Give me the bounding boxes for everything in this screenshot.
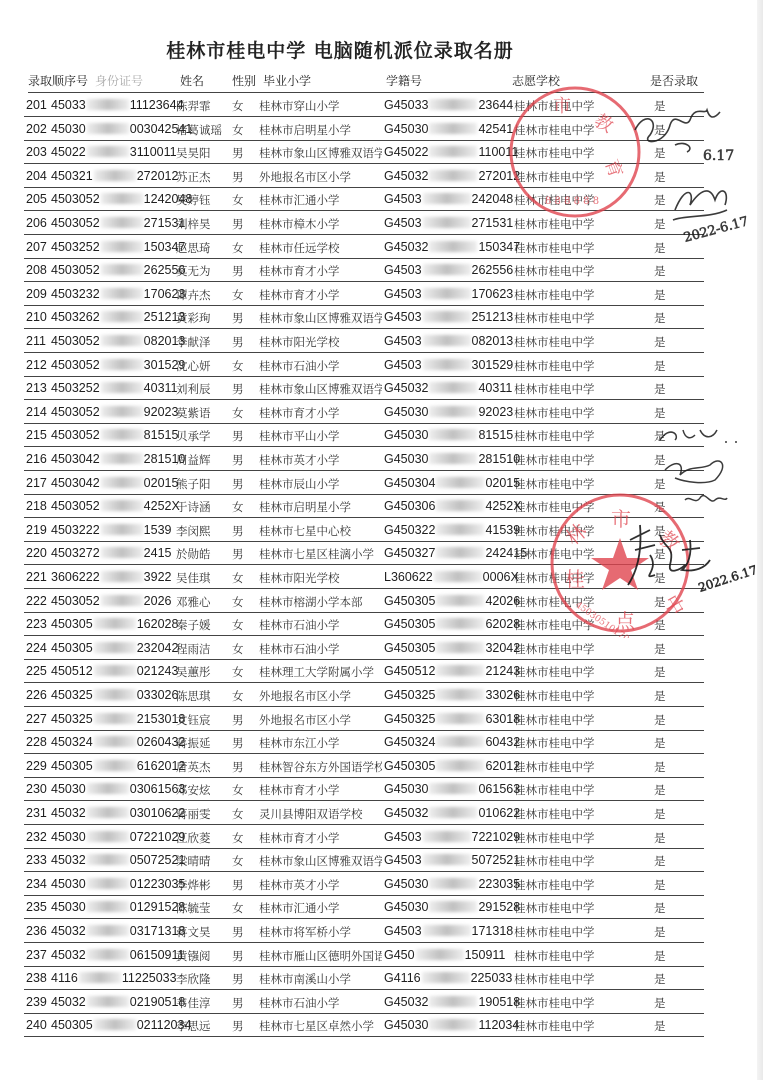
table-row: 22136062223922吴佳琪女桂林市阳光学校L3606220006X桂林市… (24, 565, 704, 589)
primary-school: 桂林市七星中心校 (259, 523, 382, 539)
admitted-status: 是 (654, 853, 666, 869)
redaction (422, 972, 470, 983)
primary-school: 桂林市启明星小学 (259, 499, 382, 515)
preferred-school: 桂林市桂电中学 (514, 877, 595, 893)
primary-school: 桂林市汇通小学 (259, 192, 382, 208)
redaction (101, 217, 143, 228)
student-reg-number: G4503064252X (384, 499, 522, 513)
admitted-status: 是 (654, 712, 666, 728)
preferred-school: 桂林市桂电中学 (514, 641, 595, 657)
gender: 男 (232, 263, 244, 279)
redaction (429, 901, 477, 912)
redaction (79, 972, 121, 983)
student-name: 周益辉 (176, 452, 211, 468)
preferred-school: 桂林市桂电中学 (514, 546, 595, 562)
student-reg-number: G450150911 (384, 948, 505, 962)
redaction (101, 241, 143, 252)
primary-school: 桂林市英才小学 (259, 452, 382, 468)
redaction (87, 949, 129, 960)
primary-school: 桂林市象山区博雅双语学 (259, 310, 382, 326)
table-row: 2014503311123644陈羿霏女桂林市穿山小学G4503323644桂林… (24, 93, 704, 117)
preferred-school: 桂林市桂电中学 (514, 759, 595, 775)
primary-school: 桂林市阳光学校 (259, 334, 382, 350)
table-row: 225450512021243吴蕙彤女桂林理工大学附属小学G4505122124… (24, 659, 704, 683)
preferred-school: 桂林市桂电中学 (514, 830, 595, 846)
student-reg-number: G4503271531 (384, 216, 513, 230)
admitted-status: 是 (654, 358, 666, 374)
gender: 男 (232, 216, 244, 232)
table-row: 2104503262251213黄彩珣男桂林市象山区博雅双语学G45032512… (24, 305, 704, 329)
gender: 男 (232, 971, 244, 987)
preferred-school: 桂林市桂电中学 (514, 735, 595, 751)
student-name: 李献泽 (176, 334, 211, 350)
admitted-status: 是 (654, 145, 666, 161)
id-number: 4503252150347 (51, 240, 185, 254)
table-row: 214450305292023莫紫语女桂林市育才小学G4503092023桂林市… (24, 400, 704, 424)
redaction (423, 288, 471, 299)
student-name: 莫无为 (176, 263, 211, 279)
order-number: 224 (26, 641, 47, 655)
primary-school: 桂林市育才小学 (259, 782, 382, 798)
redaction (87, 831, 129, 842)
id-number: 4503042281510 (51, 452, 185, 466)
preferred-school: 桂林市桂电中学 (514, 169, 595, 185)
student-name: 李闵熙 (176, 523, 211, 539)
order-number: 226 (26, 688, 47, 702)
student-name: 黄彩珣 (176, 310, 211, 326)
id-number: 4503052082013 (51, 334, 185, 348)
order-number: 217 (26, 476, 47, 490)
table-row: 2284503240260432蒋振延男桂林市东江小学G45032460432桂… (24, 730, 704, 754)
table-row: 217450304202015熊子阳男桂林市辰山小学G45030402015桂林… (24, 471, 704, 495)
redaction (436, 665, 484, 676)
id-number: 4503052262556 (51, 263, 185, 277)
redaction (429, 453, 477, 464)
table-row: 2354503001291528陈毓莹女桂林市汇通小学G45030291528桂… (24, 895, 704, 919)
student-name: 於勋皓 (176, 546, 211, 562)
redaction (423, 311, 471, 322)
student-reg-number: L3606220006X (384, 570, 519, 584)
table-row: 2074503252150347赵思琦女桂林市任远学校G45032150347桂… (24, 235, 704, 259)
primary-school: 桂林市石油小学 (259, 617, 382, 633)
gender: 女 (232, 830, 244, 846)
student-name: 吴婷钰 (176, 192, 211, 208)
gender: 男 (232, 428, 244, 444)
order-number: 205 (26, 192, 47, 206)
student-name: 苏正杰 (176, 169, 211, 185)
gender: 男 (232, 452, 244, 468)
table-row: 2114503052082013李献泽男桂林市阳光学校G4503082013桂林… (24, 329, 704, 353)
redaction (429, 807, 477, 818)
preferred-school: 桂林市桂电中学 (514, 192, 595, 208)
redaction (436, 642, 484, 653)
student-name: 陈思琪 (176, 688, 211, 704)
admitted-status: 是 (654, 1018, 666, 1034)
redaction (101, 547, 143, 558)
primary-school: 外地报名市区小学 (259, 688, 382, 704)
student-name: 于诗涵 (176, 499, 211, 515)
table-row: 2364503203171318蒋文昊男桂林市将军桥小学G4503171318桂… (24, 919, 704, 943)
redaction (94, 170, 136, 181)
primary-school: 桂林市启明星小学 (259, 122, 382, 138)
student-reg-number: G4503242048 (384, 192, 513, 206)
student-name: 刘利辰 (176, 381, 211, 397)
preferred-school: 桂林市桂电中学 (514, 712, 595, 728)
student-name: 熊子阳 (176, 476, 211, 492)
order-number: 231 (26, 806, 47, 820)
student-reg-number: G45037221029 (384, 830, 520, 844)
student-name: 莫紫语 (176, 405, 211, 421)
admitted-status: 是 (654, 617, 666, 633)
gender: 男 (232, 1018, 244, 1034)
preferred-school: 桂林市桂电中学 (514, 122, 595, 138)
order-number: 239 (26, 995, 47, 1009)
order-number: 237 (26, 948, 47, 962)
redaction (101, 595, 143, 606)
student-name: 刘梓昊 (176, 216, 211, 232)
student-reg-number: G4503170623 (384, 287, 513, 301)
primary-school: 桂林理工大学附属小学 (259, 664, 382, 680)
gender: 女 (232, 853, 244, 869)
gender: 女 (232, 900, 244, 916)
admitted-status: 是 (654, 948, 666, 964)
table-row: 2294503056162012唐英杰男桂林智谷东方外国语学校G45030562… (24, 754, 704, 778)
id-number: 450304202015 (51, 476, 178, 490)
redaction (436, 618, 484, 629)
id-number: 45032722415 (51, 546, 171, 560)
redaction (101, 429, 143, 440)
order-number: 203 (26, 145, 47, 159)
id-number: 4503240260432 (51, 735, 185, 749)
student-reg-number: G45030532042 (384, 641, 520, 655)
gender: 男 (232, 381, 244, 397)
redaction (436, 547, 484, 558)
redaction (429, 382, 477, 393)
redaction (434, 571, 482, 582)
gender: 女 (232, 806, 244, 822)
order-number: 225 (26, 664, 47, 678)
order-number: 228 (26, 735, 47, 749)
redaction (436, 689, 484, 700)
student-reg-number: G45030112034 (384, 1018, 519, 1032)
redaction (101, 500, 143, 511)
table-row: 2394503202190518韦佳淳男桂林市石油小学G45032190518桂… (24, 990, 704, 1014)
primary-school: 桂林市东江小学 (259, 735, 382, 751)
admitted-status: 是 (654, 499, 666, 515)
redaction (436, 760, 484, 771)
gender: 女 (232, 570, 244, 586)
redaction (94, 713, 136, 724)
preferred-school: 桂林市桂电中学 (514, 664, 595, 680)
student-name: 唐英杰 (176, 759, 211, 775)
gender: 女 (232, 499, 244, 515)
student-reg-number: G45032010622 (384, 806, 520, 820)
redaction (423, 264, 471, 275)
admitted-status: 是 (654, 263, 666, 279)
order-number: 220 (26, 546, 47, 560)
redaction (423, 831, 471, 842)
redaction (87, 996, 129, 1007)
redaction (87, 854, 129, 865)
student-reg-number: G4503171318 (384, 924, 513, 938)
table-row: 21945032221539李闵熙男桂林市七星中心校G45032241539桂林… (24, 518, 704, 542)
primary-school: 桂林市英才小学 (259, 877, 382, 893)
student-name: 贝承学 (176, 428, 211, 444)
preferred-school: 桂林市桂电中学 (514, 452, 595, 468)
redaction (101, 335, 143, 346)
id-number: 4503262251213 (51, 310, 185, 324)
order-number: 223 (26, 617, 47, 631)
gender: 女 (232, 664, 244, 680)
preferred-school: 桂林市桂电中学 (514, 240, 595, 256)
table-row: 22245030522026邓雅心女桂林市榕湖小学本部G45030542026桂… (24, 589, 704, 613)
redaction (429, 241, 477, 252)
redaction (429, 170, 477, 181)
admitted-status: 是 (654, 287, 666, 303)
preferred-school: 桂林市桂电中学 (514, 287, 595, 303)
table-row: 24045030502112034李思远男桂林市七星区卓然小学G45030112… (24, 1013, 704, 1037)
student-name: 江欣菱 (176, 830, 211, 846)
redaction (423, 854, 471, 865)
student-reg-number: G45030223035 (384, 877, 520, 891)
student-name: 赵思琦 (176, 240, 211, 256)
student-reg-number: G45032150347 (384, 240, 520, 254)
redaction (101, 288, 143, 299)
redaction (101, 524, 143, 535)
admitted-status: 是 (654, 806, 666, 822)
student-reg-number: G4503082013 (384, 334, 513, 348)
gender: 男 (232, 523, 244, 539)
admitted-status: 是 (654, 759, 666, 775)
table-row: 203450223110011吴昊阳男桂林市象山区博雅双语学G450221100… (24, 140, 704, 164)
order-number: 206 (26, 216, 47, 230)
id-number: 450305162028 (51, 617, 178, 631)
student-name: 谭卉杰 (176, 287, 211, 303)
redaction (423, 925, 471, 936)
primary-school: 桂林市七星区卓然小学 (259, 1018, 382, 1034)
id-number: 45030524252X (51, 499, 180, 513)
student-name: 诸葛诚瑶 (176, 122, 222, 138)
gender: 男 (232, 145, 244, 161)
redaction (436, 477, 484, 488)
id-number: 4503232170623 (51, 287, 185, 301)
admitted-status: 是 (654, 924, 666, 940)
preferred-school: 桂林市桂电中学 (514, 570, 595, 586)
id-number: 45030522026 (51, 594, 171, 608)
id-number: 4503206150911 (51, 948, 184, 962)
table-row: 213450325240311刘利辰男桂林市象山区博雅双语学G450324031… (24, 376, 704, 400)
student-reg-number: G4503251213 (384, 310, 513, 324)
admitted-status: 是 (654, 405, 666, 421)
preferred-school: 桂林市桂电中学 (514, 216, 595, 232)
id-number: 411611225033 (51, 971, 177, 985)
redaction (101, 311, 143, 322)
order-number: 230 (26, 782, 47, 796)
col-preferred-school: 志愿学校 (512, 72, 560, 89)
redaction (87, 146, 129, 157)
admitted-status: 是 (654, 995, 666, 1011)
student-name: 陈毓莹 (176, 900, 211, 916)
id-number: 4503052271531 (51, 216, 185, 230)
student-name: 李思远 (176, 1018, 211, 1034)
student-name: 蒋丽雯 (176, 806, 211, 822)
col-admitted: 是否录取 (650, 72, 698, 89)
admitted-status: 是 (654, 428, 666, 444)
preferred-school: 桂林市桂电中学 (514, 381, 595, 397)
admitted-status: 是 (654, 570, 666, 586)
order-number: 234 (26, 877, 47, 891)
table-row: 2304503003061563邓安炫女桂林市育才小学G45030061563桂… (24, 777, 704, 801)
student-reg-number: G45022110011 (384, 145, 518, 159)
order-number: 207 (26, 240, 47, 254)
primary-school: 桂林市辰山小学 (259, 476, 382, 492)
id-number: 450325033026 (51, 688, 178, 702)
primary-school: 灵川县博阳双语学校 (259, 806, 382, 822)
redaction (101, 359, 143, 370)
table-row: 2334503205072521梁晴晴女桂林市象山区博雅双语学G45035072… (24, 848, 704, 872)
preferred-school: 桂林市桂电中学 (514, 594, 595, 610)
col-id-number: 身份证号 (95, 72, 143, 89)
redaction (436, 524, 484, 535)
preferred-school: 桂林市桂电中学 (514, 924, 595, 940)
gender: 男 (232, 546, 244, 562)
redaction (429, 123, 477, 134)
preferred-school: 桂林市桂电中学 (514, 98, 595, 114)
admitted-status: 是 (654, 476, 666, 492)
student-name: 邓雅心 (176, 594, 211, 610)
student-name: 吴昊阳 (176, 145, 211, 161)
preferred-school: 桂林市桂电中学 (514, 358, 595, 374)
svg-text:6.17: 6.17 (703, 148, 734, 164)
primary-school: 桂林市育才小学 (259, 263, 382, 279)
student-name: 陈羿霏 (176, 98, 211, 114)
student-reg-number: G45032272012 (384, 169, 520, 183)
id-number: 45030502112034 (51, 1018, 191, 1032)
redaction (436, 500, 484, 511)
order-number: 238 (26, 971, 47, 985)
student-name: 李烨彬 (176, 877, 211, 893)
preferred-school: 桂林市桂电中学 (514, 806, 595, 822)
primary-school: 桂林市雁山区德明外国语 (259, 948, 382, 964)
redaction (429, 996, 477, 1007)
id-number: 4503205072521 (51, 853, 185, 867)
id-number: 450325240311 (51, 381, 178, 395)
preferred-school: 桂林市桂电中学 (514, 310, 595, 326)
redaction (436, 736, 484, 747)
gender: 男 (232, 169, 244, 185)
redaction (429, 99, 477, 110)
gender: 男 (232, 924, 244, 940)
redaction (429, 429, 477, 440)
admitted-status: 是 (654, 192, 666, 208)
primary-school: 桂林市任远学校 (259, 240, 382, 256)
admitted-status: 是 (654, 381, 666, 397)
student-name: 蒋文昊 (176, 924, 211, 940)
order-number: 215 (26, 428, 47, 442)
admitted-status: 是 (654, 688, 666, 704)
primary-school: 桂林市榕湖小学本部 (259, 594, 382, 610)
preferred-school: 桂林市桂电中学 (514, 263, 595, 279)
primary-school: 桂林市育才小学 (259, 287, 382, 303)
order-number: 214 (26, 405, 47, 419)
document-title: 桂林市桂电中学 电脑随机派位录取名册 (0, 36, 680, 63)
order-number: 221 (26, 570, 47, 584)
table-row: 2084503052262556莫无为男桂林市育才小学G4503262556桂林… (24, 258, 704, 282)
preferred-school: 桂林市桂电中学 (514, 428, 595, 444)
col-name: 姓名 (180, 72, 204, 89)
admitted-status: 是 (654, 310, 666, 326)
admitted-status: 是 (654, 594, 666, 610)
redaction (429, 1019, 477, 1030)
student-name: 梁晴晴 (176, 853, 211, 869)
table-row: 21845030524252X于诗涵女桂林市启明星小学G4503064252X桂… (24, 494, 704, 518)
order-number: 204 (26, 169, 47, 183)
order-number: 210 (26, 310, 47, 324)
id-number: 4503203010622 (51, 806, 185, 820)
redaction (429, 146, 477, 157)
primary-school: 桂林市七星区桂漓小学 (259, 546, 382, 562)
redaction (94, 665, 136, 676)
preferred-school: 桂林市桂电中学 (514, 782, 595, 798)
table-row: 20245030003042541诸葛诚瑶女桂林市启明星小学G450304254… (24, 117, 704, 141)
table-header: 录取顺序号 身份证号 姓名 性别 毕业小学 学籍号 志愿学校 是否录取 (28, 70, 704, 93)
preferred-school: 桂林市桂电中学 (514, 499, 595, 515)
redaction (87, 925, 129, 936)
id-number: 4503056162012 (51, 759, 185, 773)
col-student-reg: 学籍号 (386, 72, 422, 89)
admitted-status: 是 (654, 900, 666, 916)
id-number: 450321272012 (51, 169, 178, 183)
order-number: 213 (26, 381, 47, 395)
student-reg-number: G4503042541 (384, 122, 513, 136)
id-number: 4503202190518 (51, 995, 185, 1009)
student-name: 黄镪阅 (176, 948, 211, 964)
primary-school: 桂林市育才小学 (259, 405, 382, 421)
primary-school: 桂林市育才小学 (259, 830, 382, 846)
redaction (101, 193, 143, 204)
gender: 男 (232, 735, 244, 751)
gender: 女 (232, 782, 244, 798)
primary-school: 桂林市象山区博雅双语学 (259, 381, 382, 397)
student-name: 文钰宸 (176, 712, 211, 728)
admitted-status: 是 (654, 971, 666, 987)
order-number: 219 (26, 523, 47, 537)
id-number: 450223110011 (51, 145, 177, 159)
id-number: 450305232042 (51, 641, 178, 655)
gender: 男 (232, 476, 244, 492)
redaction (94, 760, 136, 771)
admitted-status: 是 (654, 98, 666, 114)
preferred-school: 桂林市桂电中学 (514, 971, 595, 987)
student-reg-number: G45030281510 (384, 452, 520, 466)
redaction (423, 359, 471, 370)
primary-school: 桂林市象山区博雅双语学 (259, 853, 382, 869)
gender: 男 (232, 310, 244, 326)
student-reg-number: G4503081515 (384, 428, 513, 442)
id-number: 45030521242048 (51, 192, 192, 206)
order-number: 227 (26, 712, 47, 726)
primary-school: 桂林市石油小学 (259, 358, 382, 374)
preferred-school: 桂林市桂电中学 (514, 476, 595, 492)
student-reg-number: G45030402015 (384, 476, 520, 490)
gender: 女 (232, 240, 244, 256)
preferred-school: 桂林市桂电中学 (514, 523, 595, 539)
student-reg-number: G45032563018 (384, 712, 520, 726)
table-row: 22045032722415於勋皓男桂林市七星区桂漓小学G45032724241… (24, 541, 704, 565)
admitted-status: 是 (654, 641, 666, 657)
redaction (87, 807, 129, 818)
id-number: 4503001223035 (51, 877, 185, 891)
